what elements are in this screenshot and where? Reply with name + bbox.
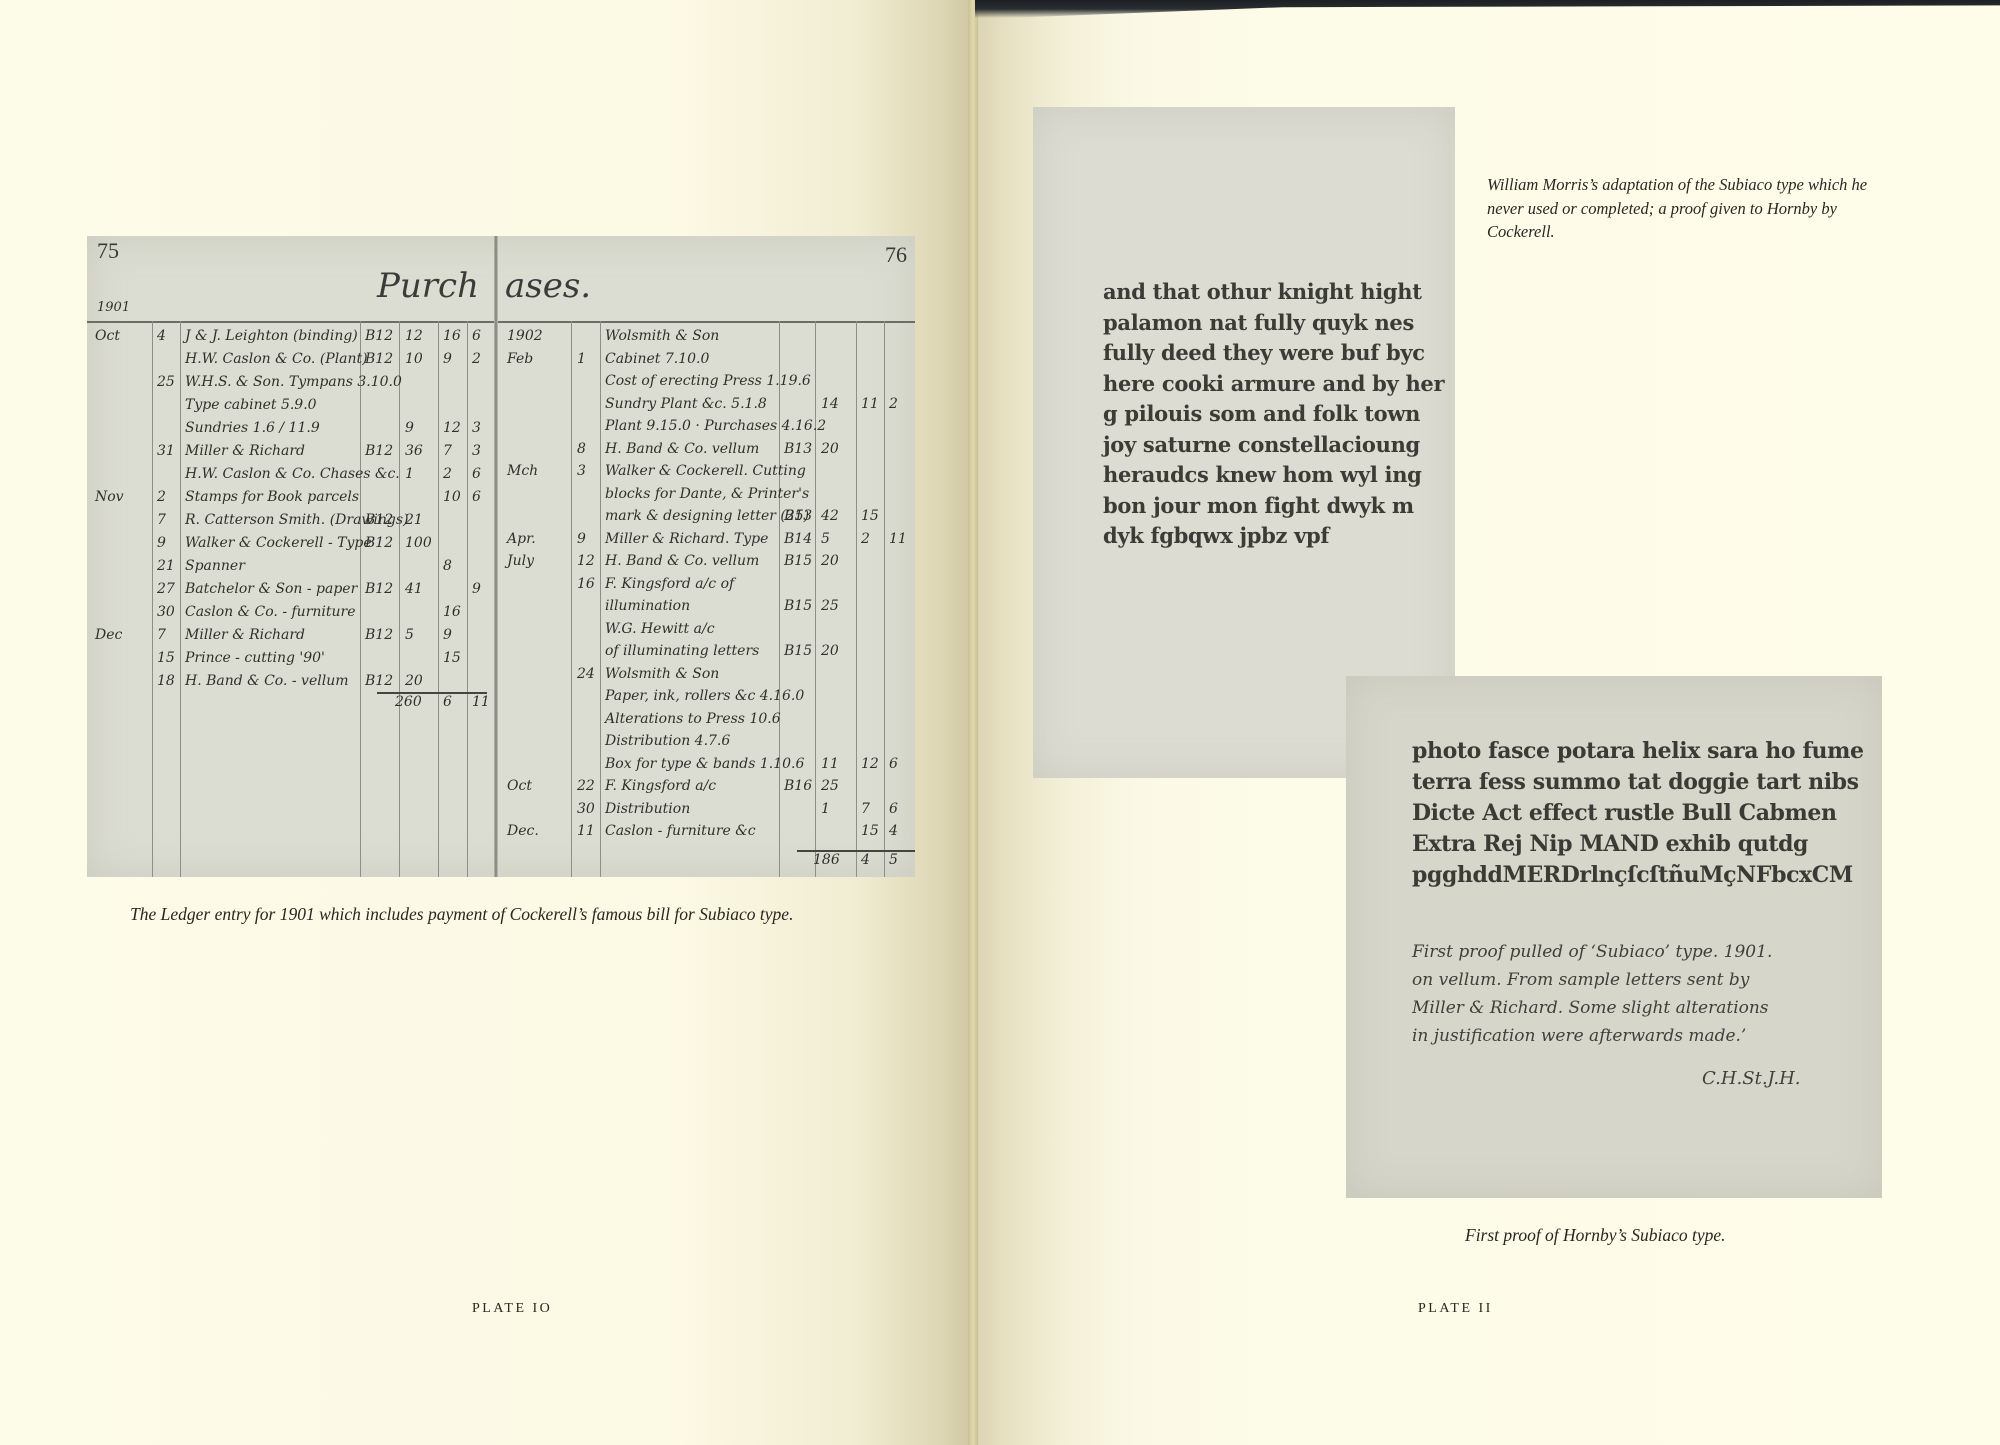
proof-line: terra fess summo tat doggie tart nibs (1412, 767, 1864, 798)
entry-folio: B15 (784, 598, 812, 614)
total-pence: 5 (889, 852, 898, 868)
entry-folio: B15 (784, 553, 812, 569)
proof-line: dyk fgbqwx jpbz vpf (1103, 521, 1444, 552)
proof-line: palamon nat fully quyk nes (1103, 308, 1444, 339)
entry-month: Apr. (507, 531, 536, 547)
entry-description: Alterations to Press 10.6 (605, 711, 781, 727)
proof-line: photo fasce potara helix sara ho fume (1412, 736, 1864, 767)
total-shillings: 6 (443, 694, 452, 710)
total-shillings: 4 (861, 852, 870, 868)
ledger-left-total: 260 6 11 (87, 694, 487, 720)
total-pounds: 186 (813, 852, 840, 868)
entry-pounds: 11 (821, 756, 839, 772)
entry-description: mark & designing letter (25) (605, 508, 809, 524)
entry-pence: 6 (889, 801, 898, 817)
handwritten-note: First proof pulled of ‘Subiaco’ type. 19… (1412, 938, 1772, 1050)
entry-folio: B14 (784, 531, 812, 547)
entry-day: 30 (577, 801, 595, 817)
morris-proof-text: and that othur knight hightpalamon nat f… (1103, 277, 1444, 552)
book-spread: 75 76 Purch ases. 1901 Oct4J & J. Leight… (0, 0, 2000, 1445)
proof-line: fully deed they were buf byc (1103, 338, 1444, 369)
entry-description: Cabinet 7.10.0 (605, 351, 709, 367)
entry-description: Cost of erecting Press 1.19.6 (605, 373, 811, 389)
note-line: in justification were afterwards made.’ (1412, 1022, 1772, 1050)
entry-month: 1902 (507, 328, 543, 344)
handwritten-signature: C.H.St.J.H. (1702, 1068, 1801, 1089)
entry-pounds: 20 (821, 643, 839, 659)
ledger-page-number-right: 76 (885, 242, 907, 268)
note-line: Miller & Richard. Some slight alteration… (1412, 994, 1772, 1022)
proof-line: Extra Rej Nip MAND exhib qutdg (1412, 829, 1864, 860)
entry-pence: 6 (889, 756, 898, 772)
proof-line: and that othur knight hight (1103, 277, 1444, 308)
entry-folio: B13 (784, 508, 812, 524)
ledger-caption: The Ledger entry for 1901 which includes… (130, 904, 793, 925)
total-pounds: 260 (395, 694, 422, 710)
entry-day: 8 (577, 441, 586, 457)
entry-description: H. Band & Co. vellum (605, 553, 759, 569)
entry-pence: 2 (889, 396, 898, 412)
entry-month: Feb (507, 351, 533, 367)
entry-folio: B13 (784, 441, 812, 457)
entry-folio: B16 (784, 778, 812, 794)
proof-line: here cooki armure and by her (1103, 369, 1444, 400)
entry-pounds: 25 (821, 778, 839, 794)
ledger-header-rule (87, 321, 915, 323)
proof-line: g pilouis som and folk town (1103, 399, 1444, 430)
plate-label-left: PLATE IO (472, 1301, 552, 1317)
entry-shillings: 15 (861, 508, 879, 524)
proof-line: joy saturne constellacioung (1103, 430, 1444, 461)
entry-description: Distribution 4.7.6 (605, 733, 730, 749)
hornby-caption: First proof of Hornby’s Subiaco type. (1465, 1225, 1726, 1246)
entry-pounds: 42 (821, 508, 839, 524)
entry-description: F. Kingsford a/c of (605, 576, 734, 592)
entry-shillings: 12 (861, 756, 879, 772)
morris-caption: William Morris’s adaptation of the Subia… (1487, 173, 1897, 244)
entry-day: 3 (577, 463, 586, 479)
entry-description: Paper, ink, rollers &c 4.16.0 (605, 688, 804, 704)
book-gutter (968, 0, 978, 1445)
entry-description: Wolsmith & Son (605, 328, 719, 344)
entry-pounds: 20 (821, 553, 839, 569)
entry-description: Plant 9.15.0 · Purchases 4.16.2 (605, 418, 826, 434)
entry-description: H. Band & Co. vellum (605, 441, 759, 457)
entry-shillings: 11 (861, 396, 879, 412)
entry-description: F. Kingsford a/c (605, 778, 716, 794)
entry-pounds: 25 (821, 598, 839, 614)
entry-description: Distribution (605, 801, 690, 817)
entry-shillings: 2 (861, 531, 870, 547)
entry-pounds: 5 (821, 531, 830, 547)
hornby-proof-photo: photo fasce potara helix sara ho fumeter… (1346, 676, 1882, 1198)
entry-day: 9 (577, 531, 586, 547)
plate-label-right: PLATE II (1418, 1301, 1493, 1317)
entry-description: W.G. Hewitt a/c (605, 621, 715, 637)
ledger-heading-left: Purch (377, 266, 479, 306)
entry-folio: B15 (784, 643, 812, 659)
entry-day: 24 (577, 666, 595, 682)
entry-day: 12 (577, 553, 595, 569)
ledger-page-number-left: 75 (97, 238, 119, 264)
total-pence: 11 (472, 694, 490, 710)
entry-pounds: 20 (821, 441, 839, 457)
entry-month: July (507, 553, 534, 569)
entry-day: 11 (577, 823, 595, 839)
proof-line: bon jour mon fight dwyk m (1103, 491, 1444, 522)
proof-line: Dicte Act effect rustle Bull Cabmen (1412, 798, 1864, 829)
entry-day: 16 (577, 576, 595, 592)
entry-month: Mch (507, 463, 538, 479)
entry-description: Miller & Richard. Type (605, 531, 768, 547)
ledger-entry-row: Dec.11Caslon - furniture &c154 (87, 823, 915, 849)
ledger-photo: 75 76 Purch ases. 1901 Oct4J & J. Leight… (87, 236, 915, 877)
entry-description: Walker & Cockerell. Cutting (605, 463, 806, 479)
entry-description: Caslon - furniture &c (605, 823, 756, 839)
entry-description: Sundry Plant &c. 5.1.8 (605, 396, 767, 412)
entry-day: 22 (577, 778, 595, 794)
proof-line: pgghddMERDrlnçſcſtñuMçNFbcxCM (1412, 860, 1864, 891)
ledger-right-total: 186 4 5 (87, 852, 915, 877)
proof-line: heraudcs knew hom wyl ing (1103, 460, 1444, 491)
entry-pounds: 14 (821, 396, 839, 412)
entry-description: Wolsmith & Son (605, 666, 719, 682)
note-line: on vellum. From sample letters sent by (1412, 966, 1772, 994)
entry-description: illumination (605, 598, 690, 614)
entry-shillings: 7 (861, 801, 870, 817)
entry-month: Oct (507, 778, 532, 794)
note-line: First proof pulled of ‘Subiaco’ type. 19… (1412, 938, 1772, 966)
entry-pence: 11 (889, 531, 907, 547)
entry-day: 1 (577, 351, 586, 367)
entry-description: of illuminating letters (605, 643, 759, 659)
entry-description: blocks for Dante, & Printer's (605, 486, 809, 502)
hornby-proof-text: photo fasce potara helix sara ho fumeter… (1412, 736, 1864, 891)
entry-description: Box for type & bands 1.10.6 (605, 756, 804, 772)
entry-month: Dec. (507, 823, 539, 839)
ledger-heading-right: ases. (505, 266, 591, 306)
entry-pounds: 1 (821, 801, 830, 817)
entry-pence: 4 (889, 823, 898, 839)
entry-shillings: 15 (861, 823, 879, 839)
